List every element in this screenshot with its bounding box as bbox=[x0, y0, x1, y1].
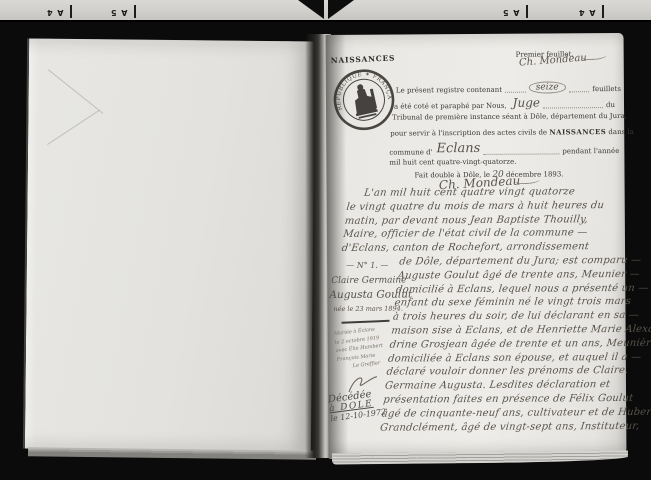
margin-death-note: Décédée à DOLE le 12-10-1972 bbox=[327, 388, 386, 424]
form-line-5-text: commune d' bbox=[389, 148, 432, 156]
calibration-label: A 4 bbox=[578, 8, 596, 17]
act-line: présentation faites en présence de Félix… bbox=[383, 392, 619, 407]
form-line-1: Le présent registre contenant seize feui… bbox=[396, 81, 621, 95]
act-line: Auguste Goulut âgé de trente ans, Meunie… bbox=[397, 268, 633, 283]
form-line-3: Tribunal de première instance séant à Dô… bbox=[392, 112, 627, 122]
form-line-2-text: a été coté et paraphé par Nous, bbox=[394, 102, 507, 111]
act-text-upper: L'an mil huit cent quatre vingt quatorze… bbox=[341, 185, 621, 256]
calibration-label: A 5 bbox=[110, 8, 128, 17]
calibration-tick bbox=[134, 5, 136, 18]
calibration-mark: A 5 bbox=[502, 0, 534, 18]
republique-francaise-stamp: RÉPUBLIQUE ✶ FRANÇAISE bbox=[326, 61, 403, 139]
scratch-mark bbox=[48, 69, 103, 113]
calibration-label: A 4 bbox=[46, 8, 64, 17]
dust-speck bbox=[463, 458, 465, 459]
dotted-leader bbox=[483, 153, 559, 155]
form-line-1-text: Le présent registre contenant bbox=[396, 86, 502, 95]
margin-rule bbox=[342, 320, 390, 324]
form-line-2-end: du bbox=[606, 101, 615, 109]
scratch-mark bbox=[47, 110, 99, 145]
film-calibration-strip: A 4 A 5 A 5 A 4 bbox=[0, 0, 651, 22]
signature-flourish bbox=[514, 175, 540, 185]
page-stack-edge bbox=[332, 450, 628, 464]
act-line: de Dôle, département du Jura; est compar… bbox=[398, 254, 634, 269]
right-page-register: NAISSANCES Premier feuillet. Ch. Mondeau… bbox=[326, 33, 627, 459]
act-line: maison sise à Eclans, et de Henriette Ma… bbox=[390, 323, 626, 338]
microfilm-scan: A 4 A 5 A 5 A 4 NAISSANCES Premier feuil… bbox=[0, 0, 651, 480]
calibration-mark: A 5 bbox=[110, 0, 142, 18]
form-line-5-end: pendant l'année bbox=[562, 147, 619, 155]
calibration-mark: A 4 bbox=[578, 0, 610, 18]
act-line: le vingt quatre du mois de mars à huit h… bbox=[346, 199, 620, 215]
form-line-2: a été coté et paraphé par Nous, Juge du bbox=[394, 95, 615, 111]
calibration-tick bbox=[70, 5, 72, 18]
form-line-5: commune d' Eclans pendant l'année bbox=[389, 140, 619, 157]
stamp-figure bbox=[350, 82, 379, 119]
dotted-leader bbox=[569, 91, 590, 92]
form-line-6: mil huit cent quatre-vingt-quatorze. bbox=[389, 158, 516, 167]
signature-flourish bbox=[580, 51, 607, 61]
form-line-4: pour servir à l'inscription des actes ci… bbox=[390, 127, 634, 138]
handwritten-folio-count: seize bbox=[529, 81, 566, 93]
calibration-mark: A 4 bbox=[46, 0, 78, 18]
left-page-blank bbox=[23, 39, 315, 452]
act-line: âgé de cinquante-neuf ans, cultivateur e… bbox=[381, 406, 617, 421]
act-line: drine Grosjean âgée de trente et un ans,… bbox=[389, 337, 625, 352]
dotted-leader bbox=[505, 92, 526, 93]
act-text-lower: de Dôle, département du Jura; est compar… bbox=[379, 254, 634, 435]
form-line-4-bold: NAISSANCES bbox=[549, 127, 606, 136]
calibration-tick bbox=[602, 5, 604, 18]
dust-speck bbox=[372, 456, 374, 457]
margin-birth-date: née le 23 mars 1894. bbox=[333, 305, 402, 313]
handwritten-commune: Eclans bbox=[436, 141, 480, 156]
handwritten-judge: Juge bbox=[513, 96, 540, 110]
margin-marriage-note: Mariée à Éclans le 2 octobre 1919 avec É… bbox=[334, 324, 396, 373]
margin-child-surname: Augusta Goulut bbox=[329, 288, 412, 301]
dust-speck bbox=[416, 457, 418, 458]
margin-act-number: — N° 1. — bbox=[346, 261, 388, 270]
calibration-tick bbox=[526, 5, 528, 18]
form-line-4-text: pour servir à l'inscription des actes ci… bbox=[390, 129, 547, 138]
form-line-4-end: dans la bbox=[608, 128, 633, 136]
act-line: Grandclément, âgé de vingt-sept ans, Ins… bbox=[379, 420, 615, 435]
margin-child-name: Claire Germaine bbox=[331, 275, 406, 286]
form-line-1-end: feuillets bbox=[592, 85, 621, 93]
dotted-leader bbox=[543, 107, 603, 108]
calibration-label: A 5 bbox=[502, 8, 520, 17]
fiducial-triangles bbox=[298, 0, 354, 20]
